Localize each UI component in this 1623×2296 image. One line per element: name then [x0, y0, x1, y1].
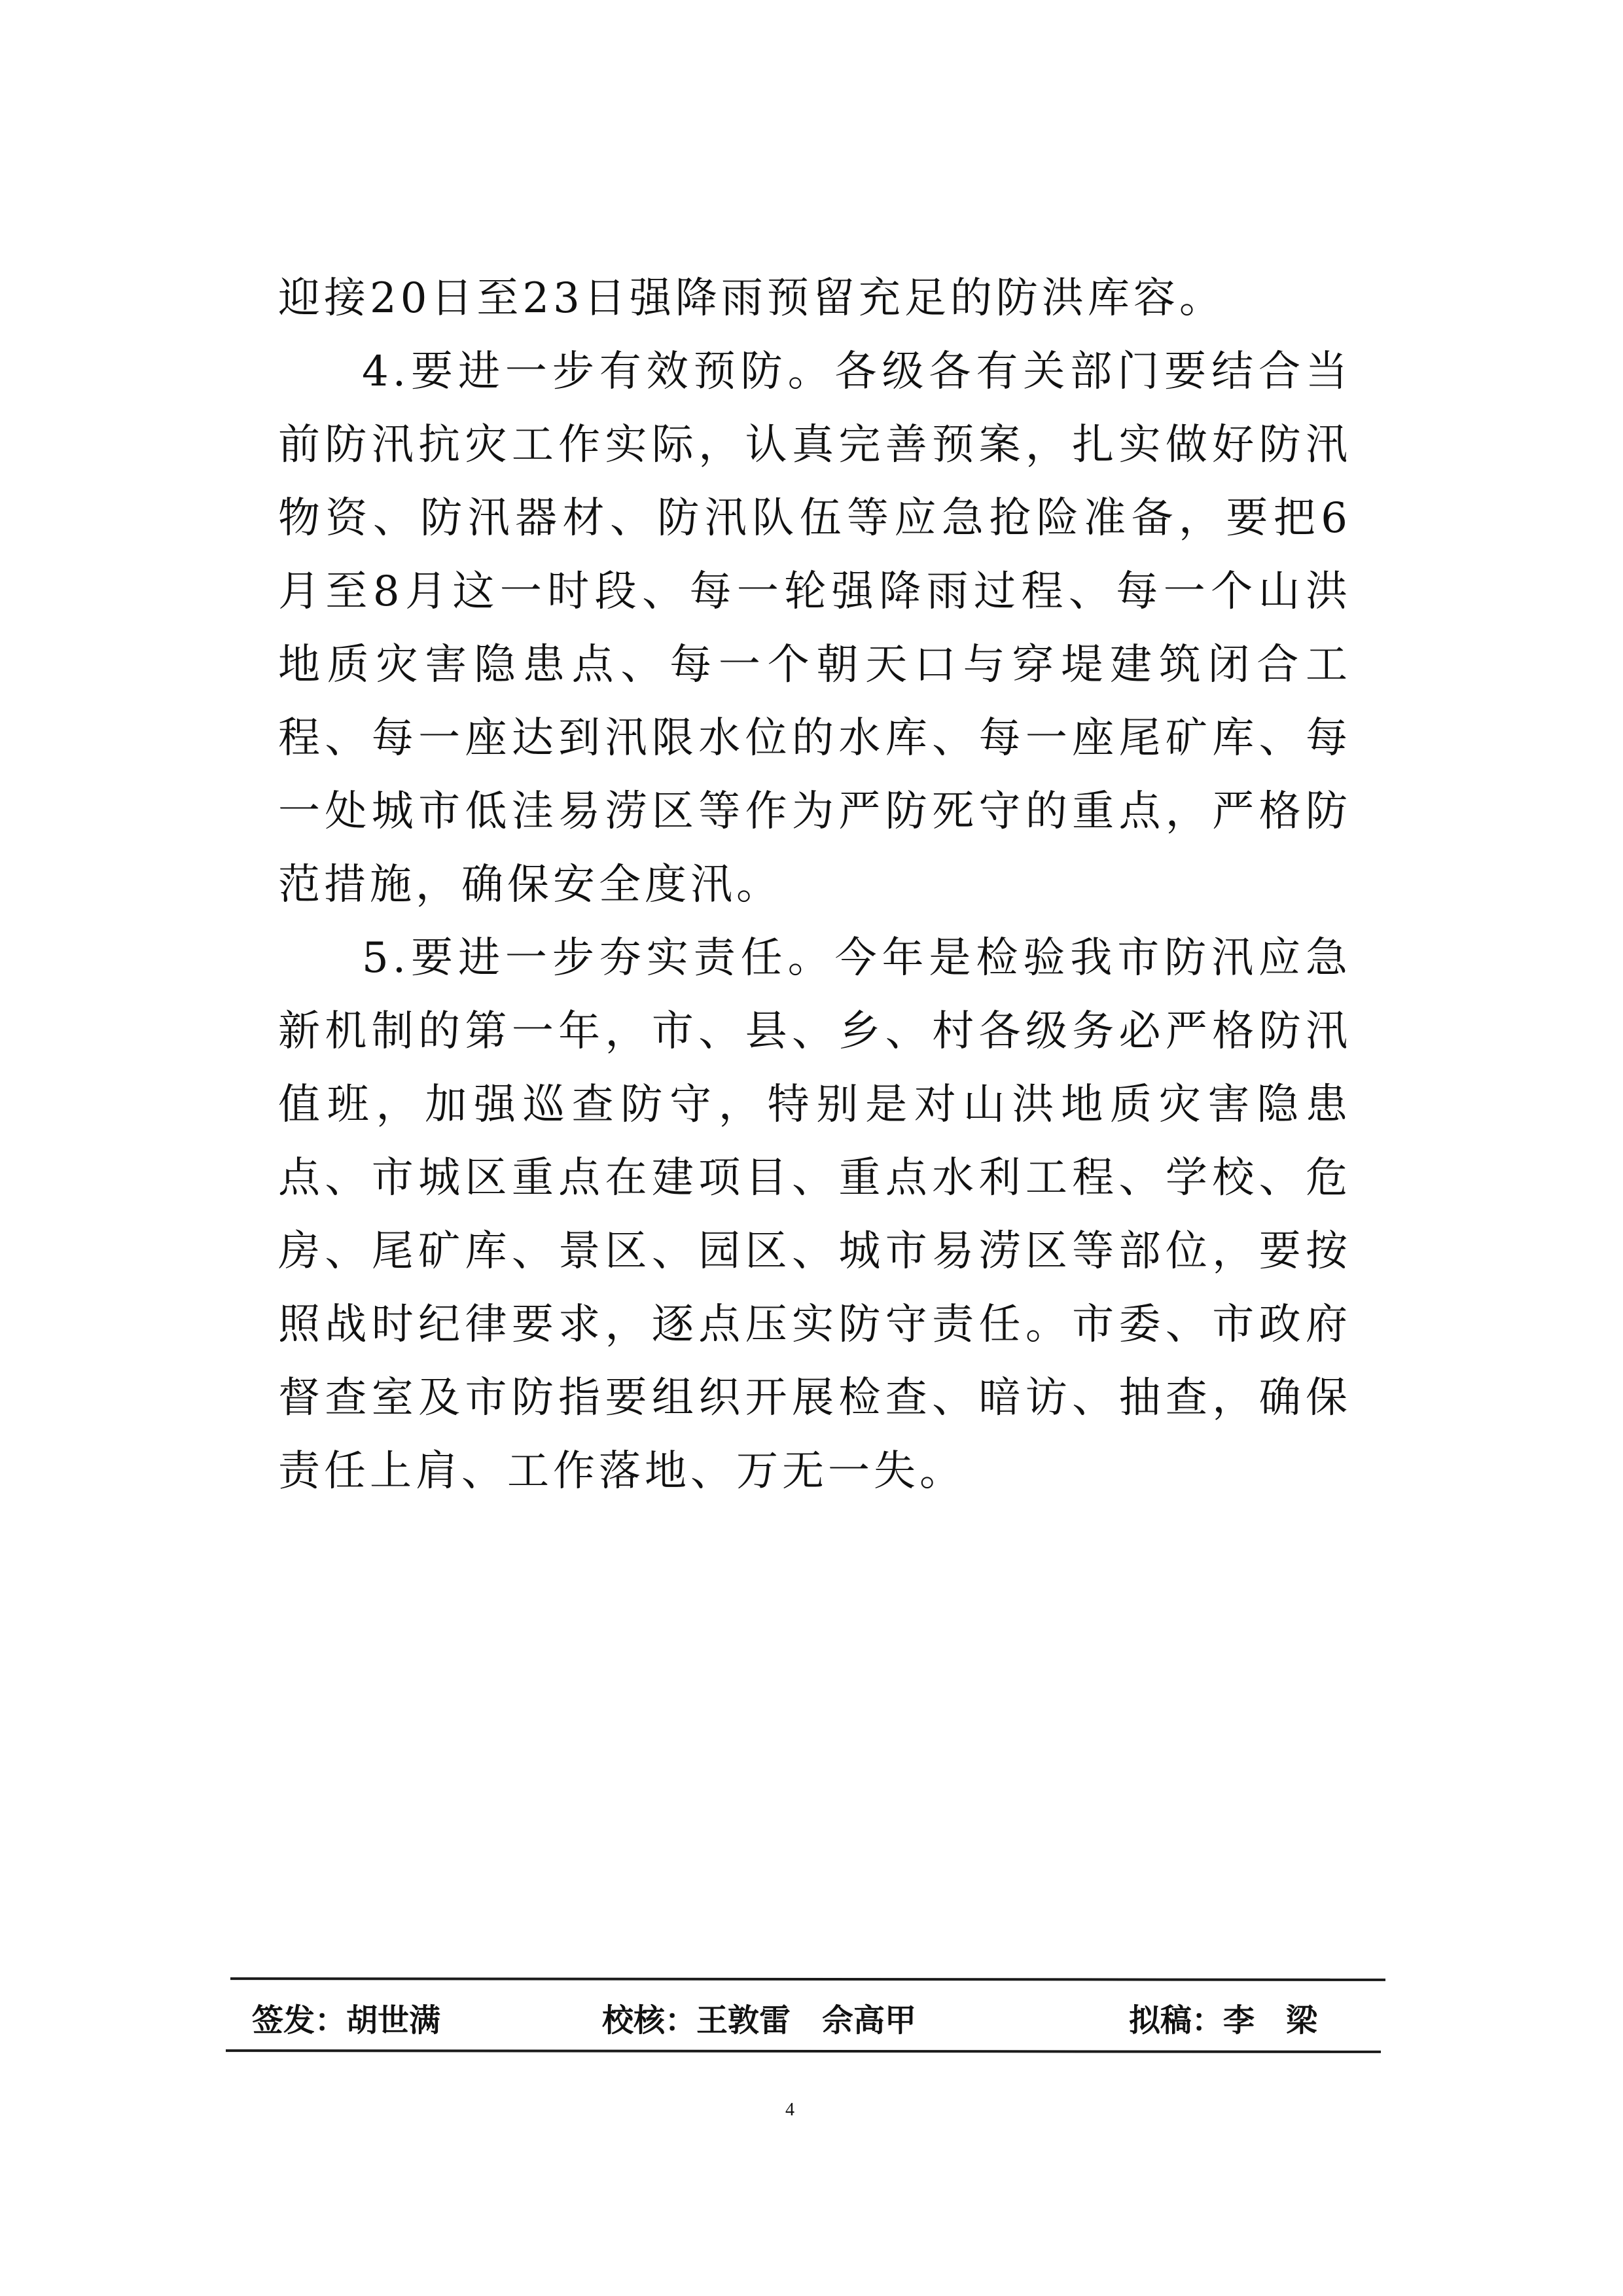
paragraph-heading: 5.要进一步夯实责任。 — [362, 934, 835, 982]
paragraph-text: 各级各有关部门要结合当前防汛抗灾工作实际，认真完善预案，扎实做好防汛物资、防汛器… — [278, 348, 1351, 909]
paragraph-item-5: 5.要进一步夯实责任。今年是检验我市防汛应急新机制的第一年，市、县、乡、村各级务… — [278, 922, 1351, 1508]
paragraph-text: 迎接20日至23日强降雨预留充足的防洪库容。 — [278, 274, 1225, 323]
signoff-issuer: 签发：胡世满 — [252, 1995, 440, 2040]
signoff-drafter: 拟稿：李 梁 — [1129, 1995, 1317, 2040]
paragraph-continuation: 迎接20日至23日强降雨预留充足的防洪库容。 — [278, 262, 1351, 335]
paragraph-item-4: 4.要进一步有效预防。各级各有关部门要结合当前防汛抗灾工作实际，认真完善预案，扎… — [278, 335, 1351, 922]
document-body: 迎接20日至23日强降雨预留充足的防洪库容。 4.要进一步有效预防。各级各有关部… — [278, 262, 1351, 1508]
signoff-bar: 签发：胡世满 校核：王敦雷 佘高甲 拟稿：李 梁 — [226, 1995, 1384, 2041]
signoff-top-rule — [230, 1977, 1385, 1981]
signoff-bottom-rule — [226, 2049, 1381, 2053]
document-page: 迎接20日至23日强降雨预留充足的防洪库容。 4.要进一步有效预防。各级各有关部… — [0, 0, 1623, 2296]
signoff-reviewers: 校核：王敦雷 佘高甲 — [602, 1995, 916, 2040]
paragraph-text: 今年是检验我市防汛应急新机制的第一年，市、县、乡、村各级务必严格防汛值班，加强巡… — [278, 934, 1351, 1496]
paragraph-heading: 4.要进一步有效预防。 — [362, 348, 835, 396]
page-number: 4 — [785, 2100, 794, 2121]
